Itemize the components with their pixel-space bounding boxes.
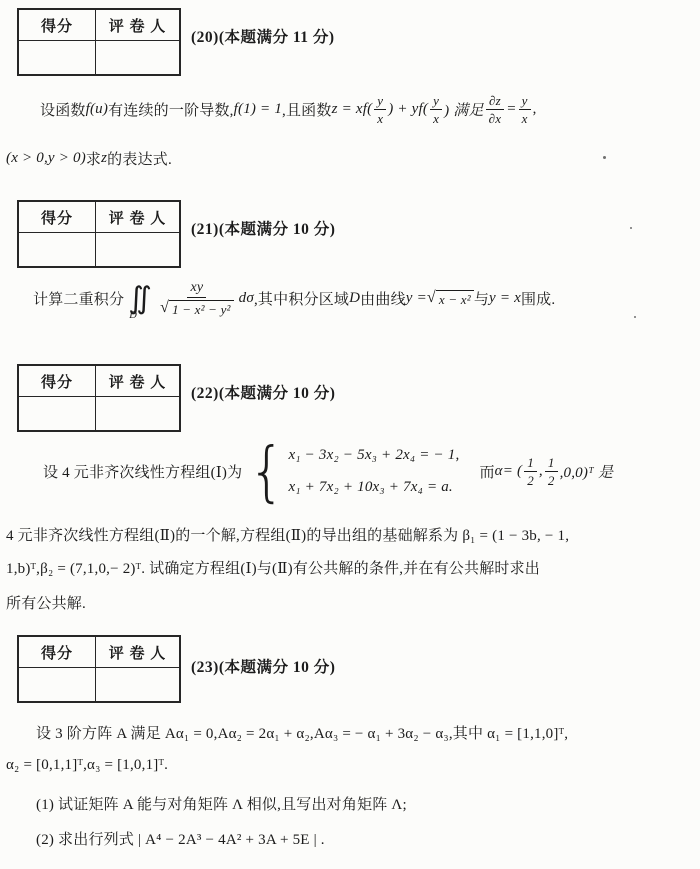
math-run: dσ — [239, 290, 254, 307]
grader-entry-cell — [96, 41, 179, 74]
text-run: 由曲线 — [360, 288, 406, 309]
fraction-denominator: x — [430, 110, 442, 125]
scan-artifact-dot — [630, 227, 632, 229]
q22-line4: 所有公共解. — [6, 592, 86, 613]
math-run: ,0,0)ᵀ 是 — [560, 461, 614, 482]
math-run: f(u) — [86, 101, 108, 118]
integral-domain-label: D — [129, 311, 137, 320]
math-run: = — [506, 101, 516, 118]
fraction-denominator: √1 − x² − y² — [157, 298, 237, 317]
text-run: (1) 试证矩阵 A 能与对角矩阵 Λ 相似,且写出对角矩阵 Λ; — [36, 793, 407, 814]
text-run: 设 4 元非齐次线性方程组(Ⅰ)为 — [43, 461, 242, 482]
math-run: f(1) = 1 — [234, 101, 282, 118]
text-run: 围成. — [521, 288, 555, 309]
text-run: ,且函数 — [282, 99, 332, 120]
text-run: 有连续的一阶导数, — [108, 99, 234, 120]
text-run: 设 3 阶方阵 A 满足 Aα₁ = 0,Aα₂ = 2α₁ + α₂,Aα₃ … — [36, 722, 568, 743]
text-run: 1,b)ᵀ,β₂ = (7,1,0,− 2)ᵀ. 试确定方程组(Ⅰ)与(Ⅱ)有公… — [6, 557, 540, 578]
fraction-denominator: 2 — [545, 472, 558, 487]
fraction-denominator: 2 — [524, 472, 537, 487]
fraction-numerator: ∂z — [486, 94, 504, 110]
math-run: , — [539, 463, 543, 480]
score-label: 得分 — [19, 202, 96, 233]
text-run: ,其中积分区域 — [254, 288, 349, 309]
text-run: 而 — [479, 461, 494, 482]
q23-line1: 设 3 阶方阵 A 满足 Aα₁ = 0,Aα₂ = 2α₁ + α₂,Aα₃ … — [36, 722, 568, 743]
equation-system: {x₁ − 3x₂ − 5x₃ + 2x₄ = − 1,x₁ + 7x₂ + 1… — [248, 447, 459, 496]
equation-1: x₁ − 3x₂ − 5x₃ + 2x₄ = − 1, — [288, 447, 459, 464]
q23-line2: α₂ = [0,1,1]ᵀ,α₃ = [1,0,1]ᵀ. — [6, 757, 168, 774]
fraction-numerator: 1 — [524, 456, 537, 472]
fraction-y-over-x: yx — [519, 94, 531, 125]
text-run: (2) 求出行列式 | A⁴ − 2A³ − 4A² + 3A + 5E | . — [36, 828, 325, 849]
fraction-numerator: xy — [187, 281, 206, 298]
fraction-numerator: y — [519, 94, 531, 110]
score-entry-cell — [19, 41, 96, 74]
scan-artifact-dot — [603, 156, 606, 159]
score-table-q22: 得分 评 卷 人 — [17, 364, 181, 432]
fraction-one-half: 12 — [524, 456, 537, 487]
score-table-q23: 得分 评 卷 人 — [17, 635, 181, 703]
grader-entry-cell — [96, 397, 179, 430]
radical: √x − x² — [427, 290, 474, 309]
score-label: 得分 — [19, 637, 96, 668]
q22-line3: 1,b)ᵀ,β₂ = (7,1,0,− 2)ᵀ. 试确定方程组(Ⅰ)与(Ⅱ)有公… — [6, 557, 540, 578]
scan-artifact-dot — [634, 316, 636, 318]
fraction-numerator: 1 — [545, 456, 558, 472]
q21-line1: 计算二重积分∬Dxy√1 − x² − y²dσ,其中积分区域 D 由曲线 y … — [33, 281, 555, 317]
fraction-one-half: 12 — [545, 456, 558, 487]
text-run: 所有公共解. — [6, 592, 86, 613]
question-23-header: (23)(本题满分 10 分) — [191, 655, 335, 677]
grader-label: 评 卷 人 — [96, 637, 179, 668]
text-run: 与 — [474, 288, 489, 309]
score-label: 得分 — [19, 10, 96, 41]
q23-item1: (1) 试证矩阵 A 能与对角矩阵 Λ 相似,且写出对角矩阵 Λ; — [36, 793, 407, 814]
score-entry-cell — [19, 233, 96, 266]
math-run: ) 满足 — [444, 99, 484, 120]
text-run: 4 元非齐次线性方程组(Ⅱ)的一个解,方程组(Ⅱ)的导出组的基础解系为 β₁ =… — [6, 524, 569, 545]
text-run: 计算二重积分 — [33, 288, 124, 309]
grader-label: 评 卷 人 — [96, 366, 179, 397]
fraction-denominator: x — [374, 110, 386, 125]
fraction-denominator: ∂x — [486, 110, 505, 125]
grader-entry-cell — [96, 233, 179, 266]
double-integral-symbol: ∬D — [128, 285, 152, 312]
text-run: 的表达式. — [107, 148, 172, 169]
integrand-fraction: xy√1 − x² − y² — [157, 281, 237, 317]
grader-label: 评 卷 人 — [96, 10, 179, 41]
system-rows: x₁ − 3x₂ − 5x₃ + 2x₄ = − 1,x₁ + 7x₂ + 10… — [288, 447, 459, 496]
fraction-dz-dx: ∂z∂x — [486, 94, 505, 125]
radicand: 1 − x² − y² — [169, 300, 234, 316]
grader-label: 评 卷 人 — [96, 202, 179, 233]
math-run: y = — [406, 290, 427, 307]
math-run: y = x — [489, 290, 521, 307]
question-21-header: (21)(本题满分 10 分) — [191, 217, 335, 239]
q20-line2: (x > 0,y > 0) 求 z 的表达式. — [6, 148, 172, 169]
q23-item2: (2) 求出行列式 | A⁴ − 2A³ − 4A² + 3A + 5E | . — [36, 828, 325, 849]
score-table-q20: 得分 评 卷 人 — [17, 8, 181, 76]
fraction-y-over-x: yx — [374, 94, 386, 125]
math-run: = ( — [503, 463, 522, 480]
question-20-header: (20)(本题满分 11 分) — [191, 25, 335, 47]
math-run: D — [349, 290, 360, 307]
exam-page: 得分 评 卷 人 (20)(本题满分 11 分) 设函数 f(u) 有连续的一阶… — [0, 0, 700, 869]
text-run: α₂ = [0,1,1]ᵀ,α₃ = [1,0,1]ᵀ. — [6, 757, 168, 774]
radical-sign: √ — [160, 300, 169, 317]
q22-line2: 4 元非齐次线性方程组(Ⅱ)的一个解,方程组(Ⅱ)的导出组的基础解系为 β₁ =… — [6, 524, 569, 545]
radicand: x − x² — [436, 290, 474, 309]
radical: √1 − x² − y² — [160, 300, 234, 317]
math-run: z = xf( — [332, 101, 373, 118]
text-run: 求 — [86, 148, 101, 169]
q20-line1: 设函数 f(u) 有连续的一阶导数,f(1) = 1,且函数 z = xf(yx… — [40, 94, 537, 125]
fraction-denominator: x — [519, 110, 531, 125]
question-22-header: (22)(本题满分 10 分) — [191, 381, 335, 403]
q22-line1: 设 4 元非齐次线性方程组(Ⅰ)为{x₁ − 3x₂ − 5x₃ + 2x₄ =… — [43, 447, 613, 496]
fraction-numerator: y — [430, 94, 442, 110]
score-entry-cell — [19, 668, 96, 701]
score-entry-cell — [19, 397, 96, 430]
system-brace: { — [248, 444, 285, 499]
text-run: 设函数 — [40, 99, 86, 120]
radical-sign: √ — [427, 290, 436, 307]
score-label: 得分 — [19, 366, 96, 397]
score-table-q21: 得分 评 卷 人 — [17, 200, 181, 268]
math-run: (x > 0,y > 0) — [6, 150, 86, 167]
math-run: α — [495, 463, 503, 480]
math-run: ) + yf( — [388, 101, 428, 118]
grader-entry-cell — [96, 668, 179, 701]
fraction-numerator: y — [374, 94, 386, 110]
fraction-y-over-x: yx — [430, 94, 442, 125]
equation-2: x₁ + 7x₂ + 10x₃ + 7x₄ = a. — [288, 479, 459, 496]
text-run: , — [533, 101, 537, 118]
